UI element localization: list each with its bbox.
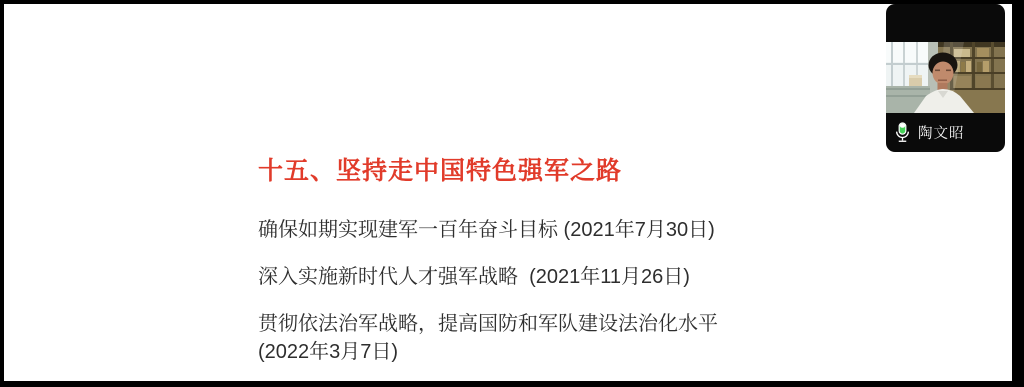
slide-bullet: 深入实施新时代人才强军战略 (2021年11月26日): [258, 263, 736, 291]
slide-title: 十五、坚持走中国特色强军之路: [258, 151, 736, 187]
video-letterbox: [886, 4, 1005, 42]
slide-content: 十五、坚持走中国特色强军之路 确保如期实现建军一百年奋斗目标 (2021年7月3…: [258, 151, 736, 385]
slide-bullet: 贯彻依法治军战略，提高国防和军队建设法治化水平 (2022年3月7日): [258, 310, 736, 366]
webcam-video: [886, 42, 1005, 113]
microphone-icon: [895, 122, 910, 143]
participant-video-tile[interactable]: 陶文昭: [886, 4, 1005, 152]
slide-bullet: 确保如期实现建军一百年奋斗目标 (2021年7月30日): [258, 216, 736, 244]
shared-screen: 十五、坚持走中国特色强军之路 确保如期实现建军一百年奋斗目标 (2021年7月3…: [4, 4, 1012, 381]
participant-name-bar: 陶文昭: [886, 113, 1005, 152]
participant-name: 陶文昭: [918, 122, 965, 143]
